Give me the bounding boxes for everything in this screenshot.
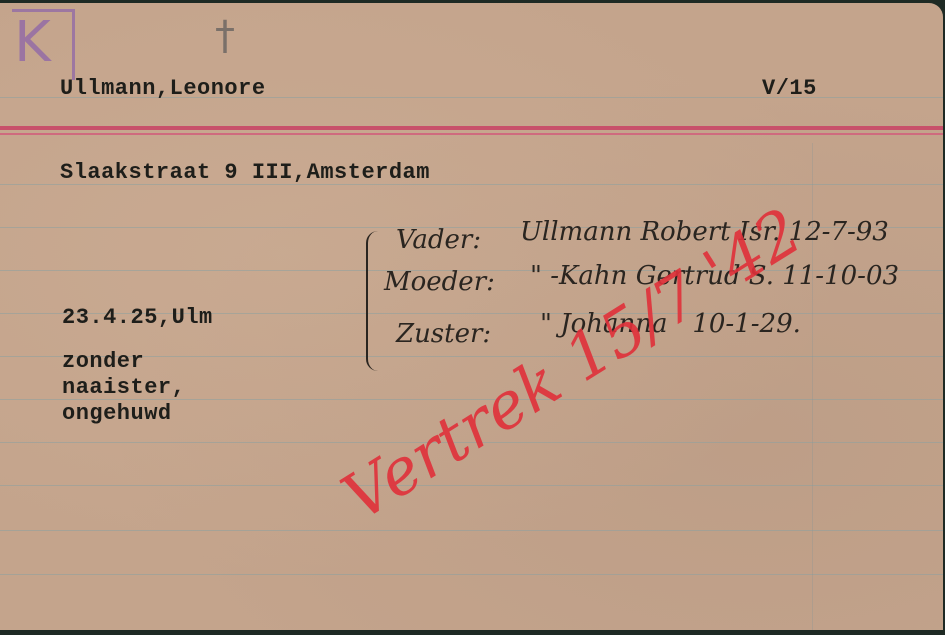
family-brace (366, 231, 382, 371)
ruled-line (0, 574, 943, 575)
marital-status: ongehuwd (62, 401, 172, 426)
violet-stamp-letter: K (14, 9, 51, 77)
person-name: Ullmann,Leonore (60, 76, 266, 101)
family-relation-sister: Zuster: (396, 319, 491, 349)
card-number: V/15 (762, 76, 817, 101)
address: Slaakstraat 9 III,Amsterdam (60, 160, 430, 185)
occupation-line-1: zonder (62, 349, 144, 374)
ruled-line (0, 530, 943, 531)
ruled-line (0, 485, 943, 486)
pencil-cross-mark: † (215, 13, 235, 59)
red-header-rule-thin (0, 133, 943, 135)
family-relation-mother: Moeder: (384, 267, 495, 297)
family-relation-father: Vader: (396, 225, 481, 255)
occupation-line-2: naaister, (62, 375, 185, 400)
birth-date-place: 23.4.25,Ulm (62, 305, 213, 330)
index-card: K † Ullmann,Leonore V/15 Slaakstraat 9 I… (0, 3, 943, 630)
red-header-rule (0, 126, 943, 130)
